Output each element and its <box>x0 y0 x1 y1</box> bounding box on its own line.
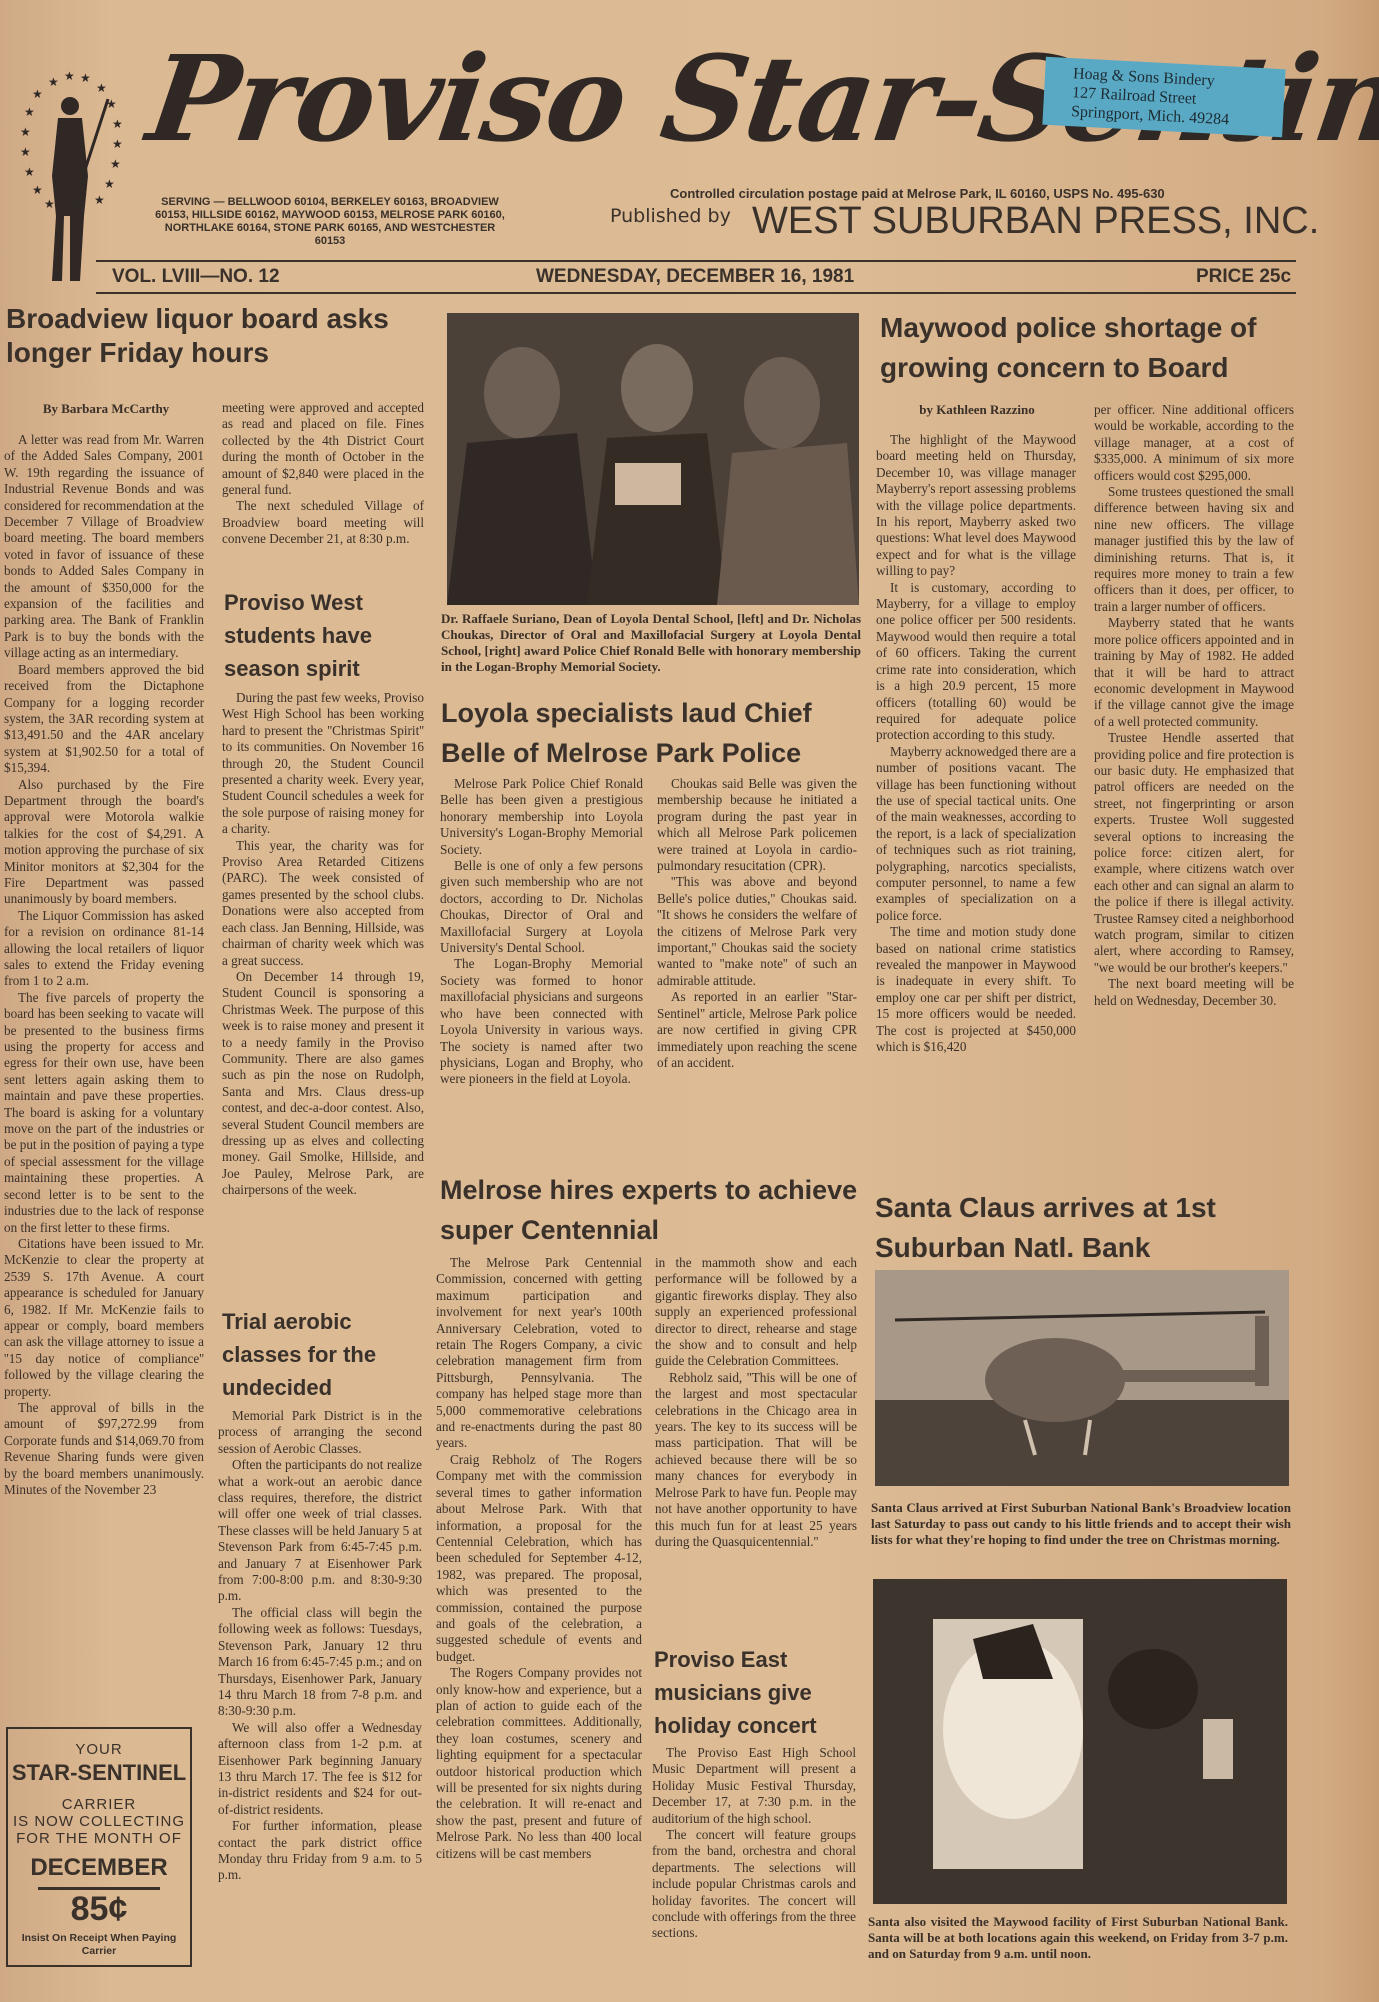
maywood-headline: Maywood police shortage of growing conce… <box>880 308 1300 388</box>
aerobic-body: Memorial Park District is in the process… <box>218 1408 422 1884</box>
price: PRICE 25c <box>1196 266 1291 288</box>
ad-line: FOR THE MONTH OF <box>8 1830 190 1847</box>
carrier-collection-ad: YOUR STAR-SENTINEL CARRIER IS NOW COLLEC… <box>6 1727 192 1967</box>
ad-note: Insist On Receipt When Paying Carrier <box>8 1932 190 1958</box>
maywood-column-2: per officer. Nine additional officers wo… <box>1094 402 1294 1009</box>
paragraph: The next scheduled Village of Broadview … <box>222 498 424 547</box>
paragraph: The Proviso East High School Music Depar… <box>652 1745 856 1827</box>
paragraph: The concert will feature groups from the… <box>652 1827 856 1942</box>
santa-headline: Santa Claus arrives at 1st Suburban Natl… <box>875 1188 1295 1268</box>
serving-areas: SERVING — BELLWOOD 60104, BERKELEY 60163… <box>150 196 510 248</box>
helicopter-photo-icon <box>875 1270 1289 1486</box>
paragraph: meeting were approved and accepted as re… <box>222 400 424 498</box>
svg-text:★: ★ <box>64 69 75 83</box>
svg-text:★: ★ <box>32 183 43 197</box>
centennial-column-2: in the mammoth show and each performance… <box>655 1255 857 1550</box>
helicopter-photo <box>875 1270 1289 1486</box>
broadview-byline: By Barbara McCarthy <box>6 401 206 417</box>
helicopter-caption: Santa Claus arrived at First Suburban Na… <box>871 1500 1291 1548</box>
paragraph: Choukas said Belle was given the members… <box>657 776 857 874</box>
publisher-name: WEST SUBURBAN PRESS, INC. <box>752 200 1319 243</box>
svg-text:★: ★ <box>80 71 91 85</box>
paragraph: Often the participants do not realize wh… <box>218 1457 422 1605</box>
paragraph: The Melrose Park Centennial Commission, … <box>436 1255 642 1452</box>
proviso-west-headline: Proviso West students have season spirit <box>224 586 424 685</box>
ad-line: YOUR <box>8 1741 190 1758</box>
broadview-headline: Broadview liquor board asks longer Frida… <box>6 302 426 370</box>
paragraph: Rebholz said, ''This will be one of the … <box>655 1370 857 1550</box>
centennial-column-1: The Melrose Park Centennial Commission, … <box>436 1255 642 1862</box>
proviso-east-headline: Proviso East musicians give holiday conc… <box>654 1643 854 1742</box>
paragraph: We will also offer a Wednesday afternoon… <box>218 1720 422 1818</box>
paragraph: The next board meeting will be held on W… <box>1094 976 1294 1009</box>
broadview-column-2: meeting were approved and accepted as re… <box>222 400 424 548</box>
svg-text:★: ★ <box>44 197 55 211</box>
svg-text:★: ★ <box>24 165 35 179</box>
paragraph: Trustee Hendle asserted that providing p… <box>1094 730 1294 976</box>
proviso-west-body: During the past few weeks, Proviso West … <box>222 690 424 1199</box>
paragraph: Also purchased by the Fire Department th… <box>4 777 204 908</box>
paragraph: per officer. Nine additional officers wo… <box>1094 402 1294 484</box>
paragraph: The Logan-Brophy Memorial Society was fo… <box>440 956 643 1087</box>
paragraph: As reported in an earlier ''Star-Sentine… <box>657 989 857 1071</box>
svg-text:★: ★ <box>20 125 31 139</box>
svg-text:★: ★ <box>96 81 107 95</box>
paragraph: The highlight of the Maywood board meeti… <box>876 432 1076 580</box>
published-by-label: Published by <box>610 205 731 227</box>
ad-line: CARRIER <box>8 1796 190 1813</box>
paragraph: Memorial Park District is in the process… <box>218 1408 422 1457</box>
svg-text:★: ★ <box>112 137 123 151</box>
svg-text:★: ★ <box>112 117 123 131</box>
paragraph: It is customary, according to Mayberry, … <box>876 580 1076 744</box>
paragraph: The official class will begin the follow… <box>218 1605 422 1720</box>
ad-month: DECEMBER <box>8 1853 190 1883</box>
volume-number: VOL. LVIII—NO. 12 <box>112 266 280 288</box>
loyola-headline: Loyola specialists laud Chief Belle of M… <box>441 693 861 773</box>
svg-text:★: ★ <box>94 193 105 207</box>
newspaper-page: ★★★ ★★ ★★ ★★ ★★ ★★ ★★ ★★ Proviso Star-Se… <box>0 0 1379 2002</box>
svg-text:★: ★ <box>110 157 121 171</box>
ad-line: IS NOW COLLECTING <box>8 1813 190 1830</box>
loyola-award-photo <box>447 313 859 605</box>
paragraph: The approval of bills in the amount of $… <box>4 1400 204 1498</box>
paragraph: Citations have been issued to Mr. McKenz… <box>4 1236 204 1400</box>
ad-brand: STAR-SENTINEL <box>8 1758 190 1788</box>
mailing-label: Hoag & Sons Bindery 127 Railroad Street … <box>1042 57 1285 137</box>
loyola-column-1: Melrose Park Police Chief Ronald Belle h… <box>440 776 643 1088</box>
santa-caption: Santa also visited the Maywood facility … <box>868 1914 1288 1962</box>
paragraph: The time and motion study done based on … <box>876 924 1076 1055</box>
aerobic-headline: Trial aerobic classes for the undecided <box>222 1305 422 1404</box>
issue-date: WEDNESDAY, DECEMBER 16, 1981 <box>536 266 854 288</box>
svg-text:★: ★ <box>20 145 31 159</box>
santa-claus-photo-icon <box>873 1579 1287 1904</box>
three-men-photo-icon <box>447 313 859 605</box>
paragraph: The five parcels of property the board h… <box>4 990 204 1236</box>
postage-notice: Controlled circulation postage paid at M… <box>670 186 1165 201</box>
paragraph: Mayberry stated that he wants more polic… <box>1094 615 1294 730</box>
masthead-top-rule <box>96 260 1296 262</box>
paragraph: The Liquor Commission has asked for a re… <box>4 908 204 990</box>
masthead-bottom-rule <box>96 292 1296 294</box>
svg-text:★: ★ <box>24 105 35 119</box>
ad-price: 85¢ <box>38 1887 160 1928</box>
paragraph: Belle is one of only a few persons given… <box>440 858 643 956</box>
paragraph: During the past few weeks, Proviso West … <box>222 690 424 838</box>
paragraph: Craig Rebholz of The Rogers Company met … <box>436 1452 642 1665</box>
broadview-column-1: A letter was read from Mr. Warren of the… <box>4 432 204 1714</box>
paragraph: Some trustees questioned the small diffe… <box>1094 484 1294 615</box>
maywood-column-1: The highlight of the Maywood board meeti… <box>876 432 1076 1055</box>
loyola-column-2: Choukas said Belle was given the members… <box>657 776 857 1071</box>
paragraph: For further information, please contact … <box>218 1818 422 1884</box>
paragraph: ''This was above and beyond Belle's poli… <box>657 874 857 989</box>
paragraph: A letter was read from Mr. Warren of the… <box>4 432 204 662</box>
maywood-byline: by Kathleen Razzino <box>877 402 1077 418</box>
paragraph: The Rogers Company provides not only kno… <box>436 1665 642 1862</box>
svg-text:★: ★ <box>32 87 43 101</box>
paragraph: in the mammoth show and each performance… <box>655 1255 857 1370</box>
minuteman-logo-icon: ★★★ ★★ ★★ ★★ ★★ ★★ ★★ ★★ <box>18 66 128 288</box>
paragraph: Board members approved the bid received … <box>4 662 204 777</box>
paragraph: Mayberry acknowedged there are a number … <box>876 744 1076 924</box>
paragraph: This year, the charity was for Proviso A… <box>222 838 424 969</box>
centennial-headline: Melrose hires experts to achieve super C… <box>440 1170 860 1250</box>
proviso-east-body: The Proviso East High School Music Depar… <box>652 1745 856 1942</box>
paragraph: Melrose Park Police Chief Ronald Belle h… <box>440 776 643 858</box>
paragraph: On December 14 through 19, Student Counc… <box>222 969 424 1199</box>
santa-photo <box>873 1579 1287 1904</box>
svg-text:★: ★ <box>48 75 59 89</box>
svg-text:★: ★ <box>104 177 115 191</box>
loyola-photo-caption: Dr. Raffaele Suriano, Dean of Loyola Den… <box>441 611 861 675</box>
